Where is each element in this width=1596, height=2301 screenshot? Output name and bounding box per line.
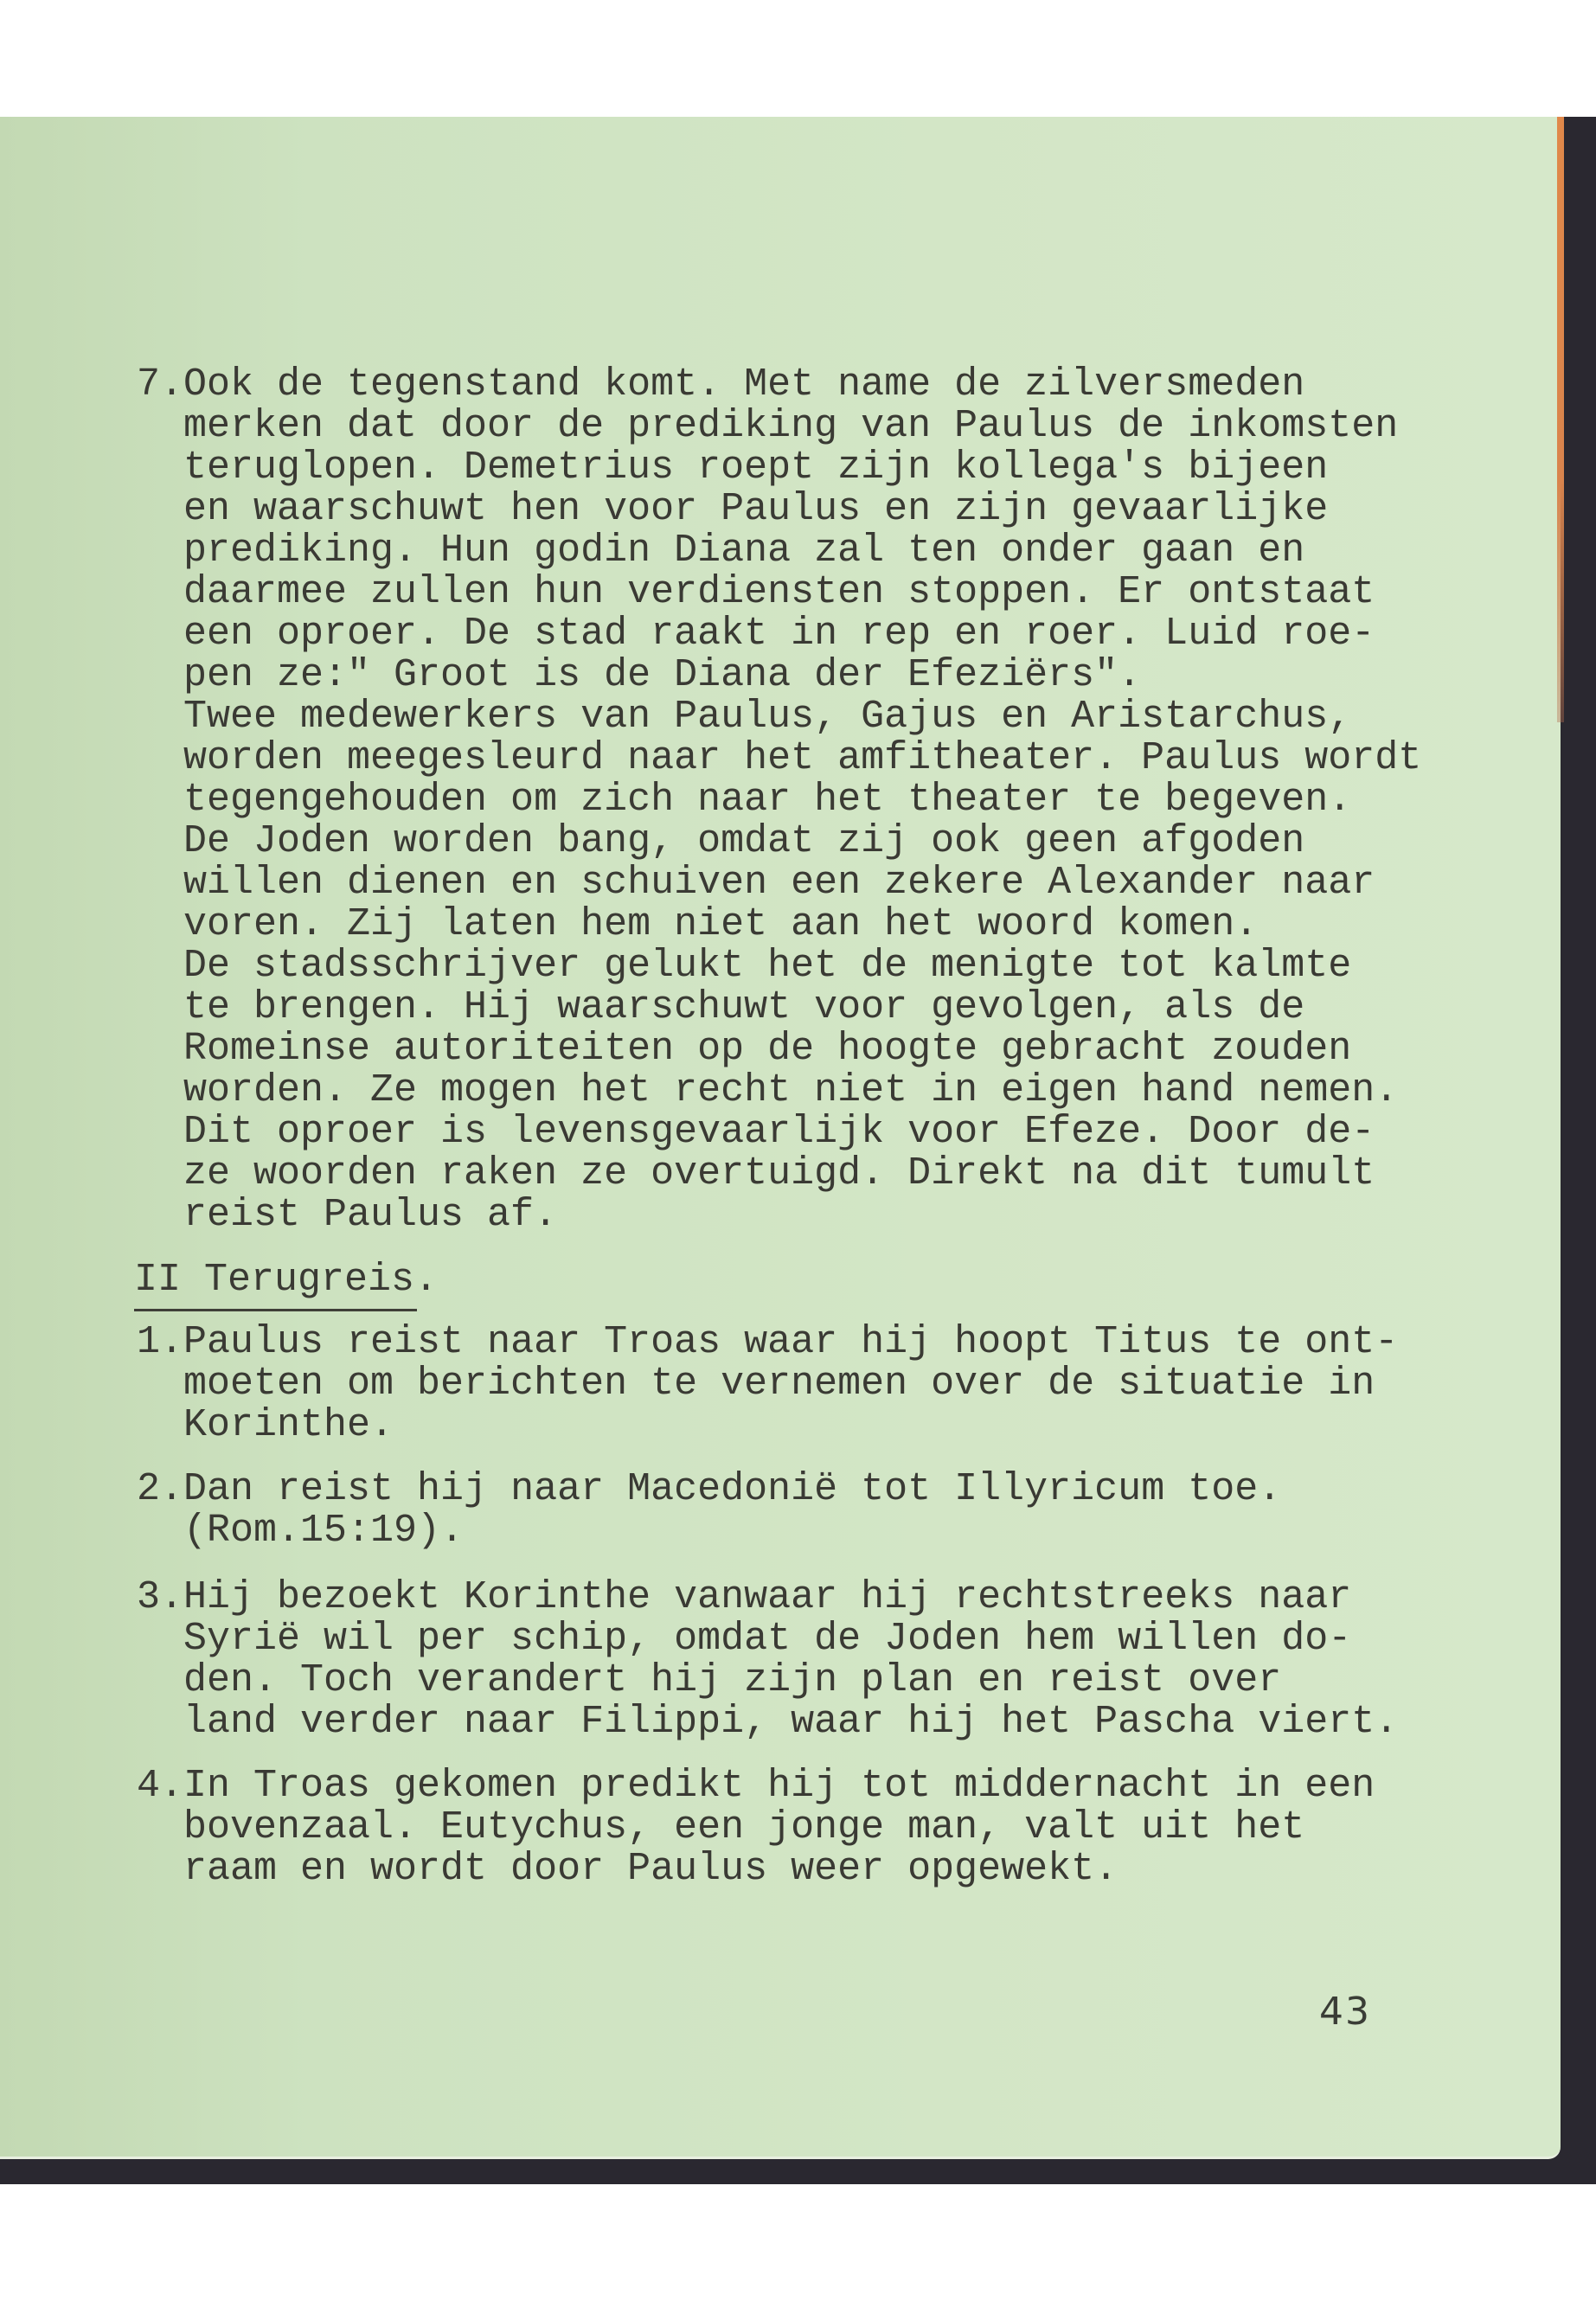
text-line: teruglopen. Demetrius roept zijn kollega… <box>183 447 1328 489</box>
text-line: 1.Paulus reist naar Troas waar hij hoopt… <box>137 1322 1398 1363</box>
text-line: en waarschuwt hen voor Paulus en zijn ge… <box>183 489 1328 530</box>
text-line: raam en wordt door Paulus weer opgewekt. <box>183 1849 1118 1890</box>
text-line: (Rom.15:19). <box>183 1510 464 1552</box>
text-line: daarmee zullen hun verdiensten stoppen. … <box>183 572 1375 613</box>
text-line: prediking. Hun godin Diana zal ten onder… <box>183 530 1304 572</box>
text-line: Twee medewerkers van Paulus, Gajus en Ar… <box>183 696 1351 738</box>
text-line: voren. Zij laten hem niet aan het woord … <box>183 904 1258 945</box>
text-line: reist Paulus af. <box>183 1195 557 1236</box>
heading-underline <box>134 1309 417 1311</box>
text-line: worden meegesleurd naar het amfitheater.… <box>183 738 1421 779</box>
orange-page-edge <box>1557 117 1564 722</box>
text-line: land verder naar Filippi, waar hij het P… <box>183 1702 1398 1743</box>
text-line: bovenzaal. Eutychus, een jonge man, valt… <box>183 1807 1304 1849</box>
text-line: tegengehouden om zich naar het theater t… <box>183 779 1351 821</box>
text-line: 7.Ook de tegenstand komt. Met name de zi… <box>137 364 1304 406</box>
text-line: De stadsschrijver gelukt het de menigte … <box>183 945 1351 987</box>
text-line: worden. Ze mogen het recht niet in eigen… <box>183 1070 1398 1112</box>
text-line: te brengen. Hij waarschuwt voor gevolgen… <box>183 987 1304 1029</box>
text-line: ze woorden raken ze overtuigd. Direkt na… <box>183 1153 1375 1195</box>
page-number: 43 <box>1319 1990 1371 2034</box>
text-line: moeten om berichten te vernemen over de … <box>183 1363 1375 1405</box>
text-line: 2.Dan reist hij naar Macedonië tot Illyr… <box>137 1469 1281 1510</box>
text-line: den. Toch verandert hij zijn plan en rei… <box>183 1660 1281 1702</box>
text-line: Romeinse autoriteiten op de hoogte gebra… <box>183 1029 1351 1070</box>
text-line: Korinthe. <box>183 1405 394 1446</box>
text-line: De Joden worden bang, omdat zij ook geen… <box>183 821 1304 862</box>
text-line: merken dat door de prediking van Paulus … <box>183 406 1398 447</box>
text-line: 4.In Troas gekomen predikt hij tot midde… <box>137 1766 1375 1807</box>
section-heading: II Terugreis. <box>134 1259 438 1301</box>
text-line: pen ze:" Groot is de Diana der Efeziërs"… <box>183 655 1141 696</box>
text-line: een oproer. De stad raakt in rep en roer… <box>183 613 1375 655</box>
text-line: willen dienen en schuiven een zekere Ale… <box>183 862 1375 904</box>
text-line: Syrië wil per schip, omdat de Joden hem … <box>183 1618 1351 1660</box>
text-line: 3.Hij bezoekt Korinthe vanwaar hij recht… <box>137 1577 1351 1618</box>
text-line: Dit oproer is levensgevaarlijk voor Efez… <box>183 1112 1375 1153</box>
